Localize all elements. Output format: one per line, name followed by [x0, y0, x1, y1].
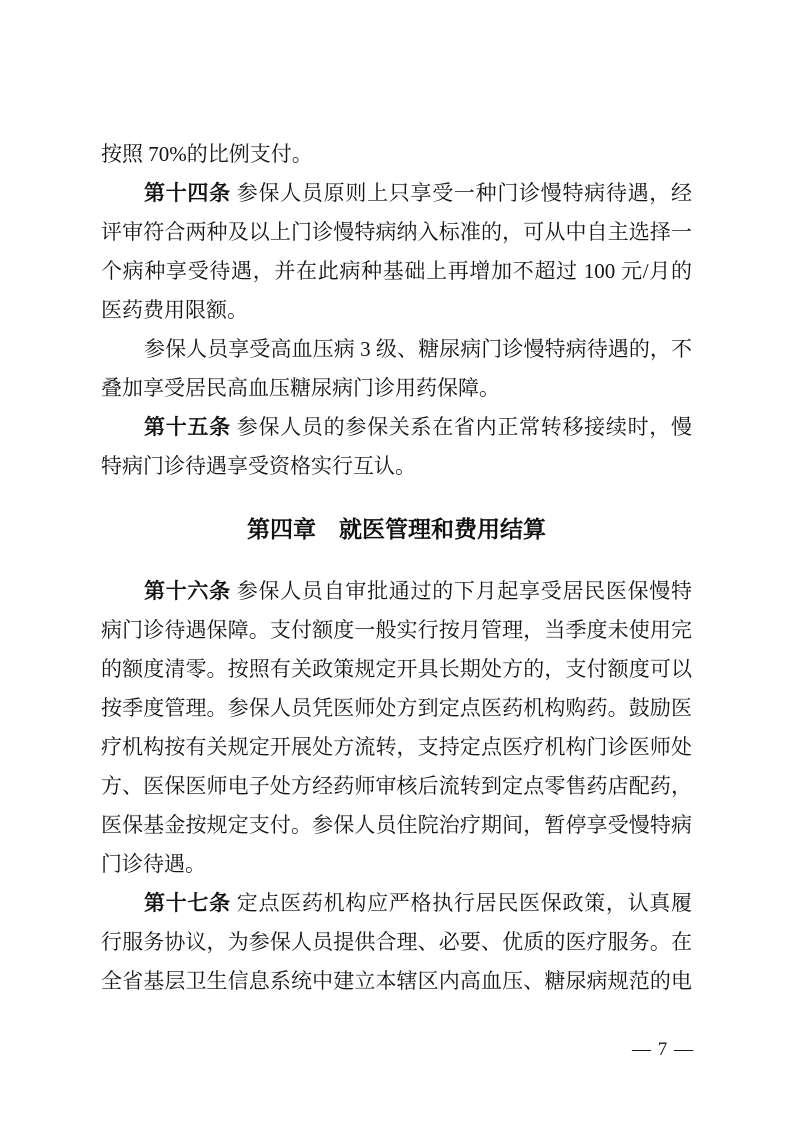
text-line: 疗机构按有关规定开展处方流转，支持定点医疗机构门诊医师处: [101, 728, 692, 767]
text-line: 方、医保医师电子处方经药师审核后流转到定点零售药店配药，: [101, 767, 692, 806]
text-segment: 医保基金按规定支付。参保人员住院治疗期间，暂停享受慢特病: [101, 813, 692, 837]
section-after-chapter: 第十六条 参保人员自审批通过的下月起享受居民医保慢特病门诊待遇保障。支付额度一般…: [101, 572, 692, 1001]
text-segment: 的额度清零。按照有关政策规定开具长期处方的，支付额度可以: [101, 657, 692, 681]
text-segment: 参保人员的参保关系在省内正常转移接续时，慢: [231, 415, 692, 439]
document-page: 按照 70%的比例支付。第十四条 参保人员原则上只享受一种门诊慢特病待遇，经评审…: [0, 0, 793, 1122]
article-number: 第十六条: [144, 580, 231, 603]
article-number: 第十四条: [144, 182, 231, 205]
text-segment: 医药费用限额。: [101, 298, 248, 322]
chapter-heading: 第四章 就医管理和费用结算: [101, 509, 692, 549]
text-segment: 行服务协议，为参保人员提供合理、必要、优质的医疗服务。在: [101, 930, 692, 954]
text-line: 第十五条 参保人员的参保关系在省内正常转移接续时，慢: [101, 408, 692, 447]
text-line: 病门诊待遇保障。支付额度一般实行按月管理，当季度未使用完: [101, 611, 692, 650]
text-line: 行服务协议，为参保人员提供合理、必要、优质的医疗服务。在: [101, 923, 692, 962]
text-segment: 参保人员享受高血压病 3 级、糖尿病门诊慢特病待遇的，不: [144, 337, 692, 361]
text-segment: 按季度管理。参保人员凭医师处方到定点医药机构购药。鼓励医: [101, 696, 692, 720]
text-segment: 个病种享受待遇，并在此病种基础上再增加不超过 100 元/月的: [101, 259, 692, 283]
text-line: 个病种享受待遇，并在此病种基础上再增加不超过 100 元/月的: [101, 252, 692, 291]
text-segment: 叠加享受居民高血压糖尿病门诊用药保障。: [101, 376, 500, 400]
text-segment: 疗机构按有关规定开展处方流转，支持定点医疗机构门诊医师处: [101, 735, 692, 759]
text-line: 第十六条 参保人员自审批通过的下月起享受居民医保慢特: [101, 572, 692, 611]
text-line: 按季度管理。参保人员凭医师处方到定点医药机构购药。鼓励医: [101, 689, 692, 728]
text-line: 门诊待遇。: [101, 845, 692, 884]
text-line: 第十七条 定点医药机构应严格执行居民医保政策，认真履: [101, 884, 692, 923]
text-segment: 方、医保医师电子处方经药师审核后流转到定点零售药店配药，: [101, 774, 692, 798]
text-segment: 门诊待遇。: [101, 852, 206, 876]
text-line: 全省基层卫生信息系统中建立本辖区内高血压、糖尿病规范的电: [101, 962, 692, 1001]
page-number: — 7 —: [632, 1036, 694, 1064]
text-segment: 参保人员自审批通过的下月起享受居民医保慢特: [231, 579, 692, 603]
document-content: 按照 70%的比例支付。第十四条 参保人员原则上只享受一种门诊慢特病待遇，经评审…: [101, 135, 692, 1001]
text-line: 参保人员享受高血压病 3 级、糖尿病门诊慢特病待遇的，不: [101, 330, 692, 369]
text-line: 评审符合两种及以上门诊慢特病纳入标准的，可从中自主选择一: [101, 213, 692, 252]
section-before-chapter: 按照 70%的比例支付。第十四条 参保人员原则上只享受一种门诊慢特病待遇，经评审…: [101, 135, 692, 486]
text-line: 第十四条 参保人员原则上只享受一种门诊慢特病待遇，经: [101, 174, 692, 213]
text-line: 叠加享受居民高血压糖尿病门诊用药保障。: [101, 369, 692, 408]
text-segment: 参保人员原则上只享受一种门诊慢特病待遇，经: [231, 181, 692, 205]
text-segment: 全省基层卫生信息系统中建立本辖区内高血压、糖尿病规范的电: [101, 969, 692, 993]
text-line: 医药费用限额。: [101, 291, 692, 330]
text-line: 特病门诊待遇享受资格实行互认。: [101, 447, 692, 486]
text-line: 按照 70%的比例支付。: [101, 135, 692, 174]
text-segment: 评审符合两种及以上门诊慢特病纳入标准的，可从中自主选择一: [101, 220, 692, 244]
text-line: 的额度清零。按照有关政策规定开具长期处方的，支付额度可以: [101, 650, 692, 689]
text-segment: 特病门诊待遇享受资格实行互认。: [101, 454, 416, 478]
text-segment: 病门诊待遇保障。支付额度一般实行按月管理，当季度未使用完: [101, 618, 692, 642]
text-segment: 定点医药机构应严格执行居民医保政策，认真履: [231, 891, 692, 915]
text-line: 医保基金按规定支付。参保人员住院治疗期间，暂停享受慢特病: [101, 806, 692, 845]
article-number: 第十七条: [144, 892, 231, 915]
text-segment: 按照 70%的比例支付。: [101, 142, 313, 166]
article-number: 第十五条: [144, 416, 231, 439]
